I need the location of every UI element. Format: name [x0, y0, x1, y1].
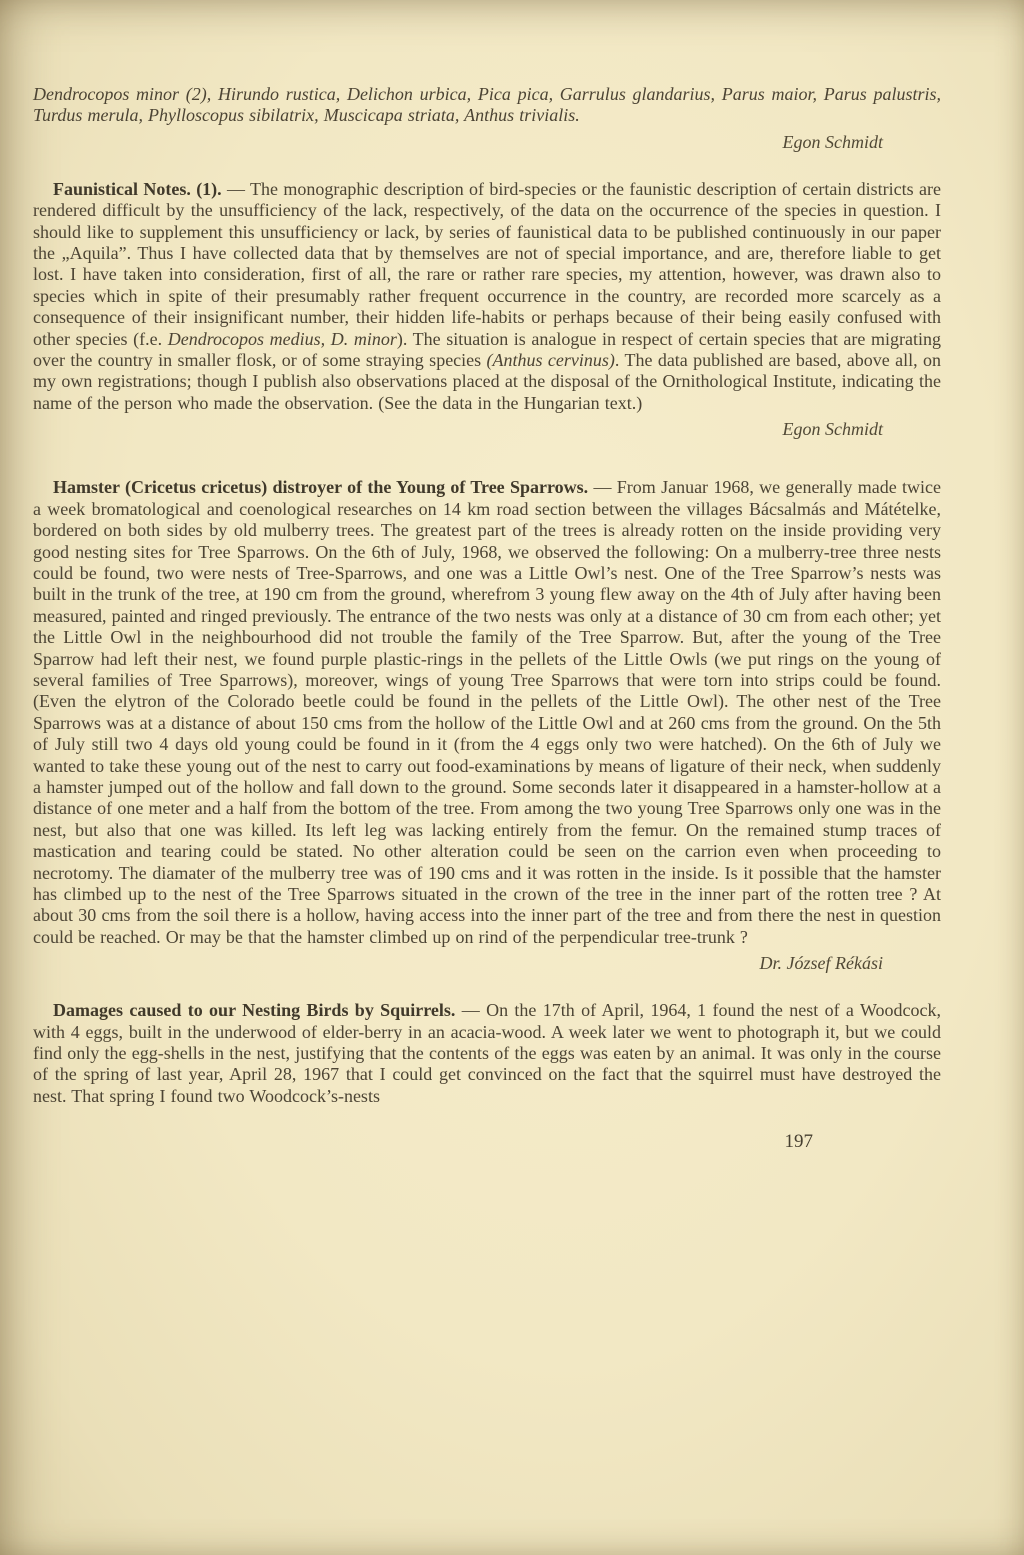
author-signature-schmidt-2: Egon Schmidt — [33, 419, 883, 440]
author-name: Egon Schmidt — [783, 419, 884, 439]
author-name: Egon Schmidt — [783, 132, 884, 152]
species-list-paragraph: Dendrocopos minor (2), Hirundo rustica, … — [33, 84, 941, 127]
page-content: Dendrocopos minor (2), Hirundo rustica, … — [33, 84, 941, 1153]
hamster-note-body: — From Januar 1968, we generally made tw… — [33, 477, 941, 947]
scanned-journal-page: { "theme": { "paper_color": "#f2e8c4", "… — [0, 0, 1024, 1555]
faunistical-notes-body-1: — The monographic description of bird-sp… — [33, 179, 941, 349]
species-list-text: Dendrocopos minor (2), Hirundo rustica, … — [33, 84, 941, 125]
squirrel-damages-heading: Damages caused to our Nesting Birds by S… — [53, 1000, 455, 1020]
hamster-note-paragraph: Hamster (Cricetus cricetus) distroyer of… — [33, 477, 941, 948]
author-signature-rekasi: Dr. József Rékási — [33, 953, 883, 974]
species-name-italic: (Anthus cervinus) — [487, 350, 615, 370]
journal-page: Dendrocopos minor (2), Hirundo rustica, … — [0, 0, 1024, 1555]
faunistical-notes-heading: Faunistical Notes. (1). — [53, 179, 222, 199]
species-name-italic: Dendrocopos medius, D. minor — [168, 329, 397, 349]
faunistical-notes-paragraph: Faunistical Notes. (1). — The monographi… — [33, 179, 941, 414]
hamster-note-heading: Hamster (Cricetus cricetus) distroyer of… — [53, 477, 588, 497]
author-signature-schmidt-1: Egon Schmidt — [33, 132, 883, 153]
squirrel-damages-paragraph: Damages caused to our Nesting Birds by S… — [33, 1000, 941, 1107]
author-name: Dr. József Rékási — [760, 953, 883, 973]
page-number: 197 — [33, 1131, 941, 1153]
